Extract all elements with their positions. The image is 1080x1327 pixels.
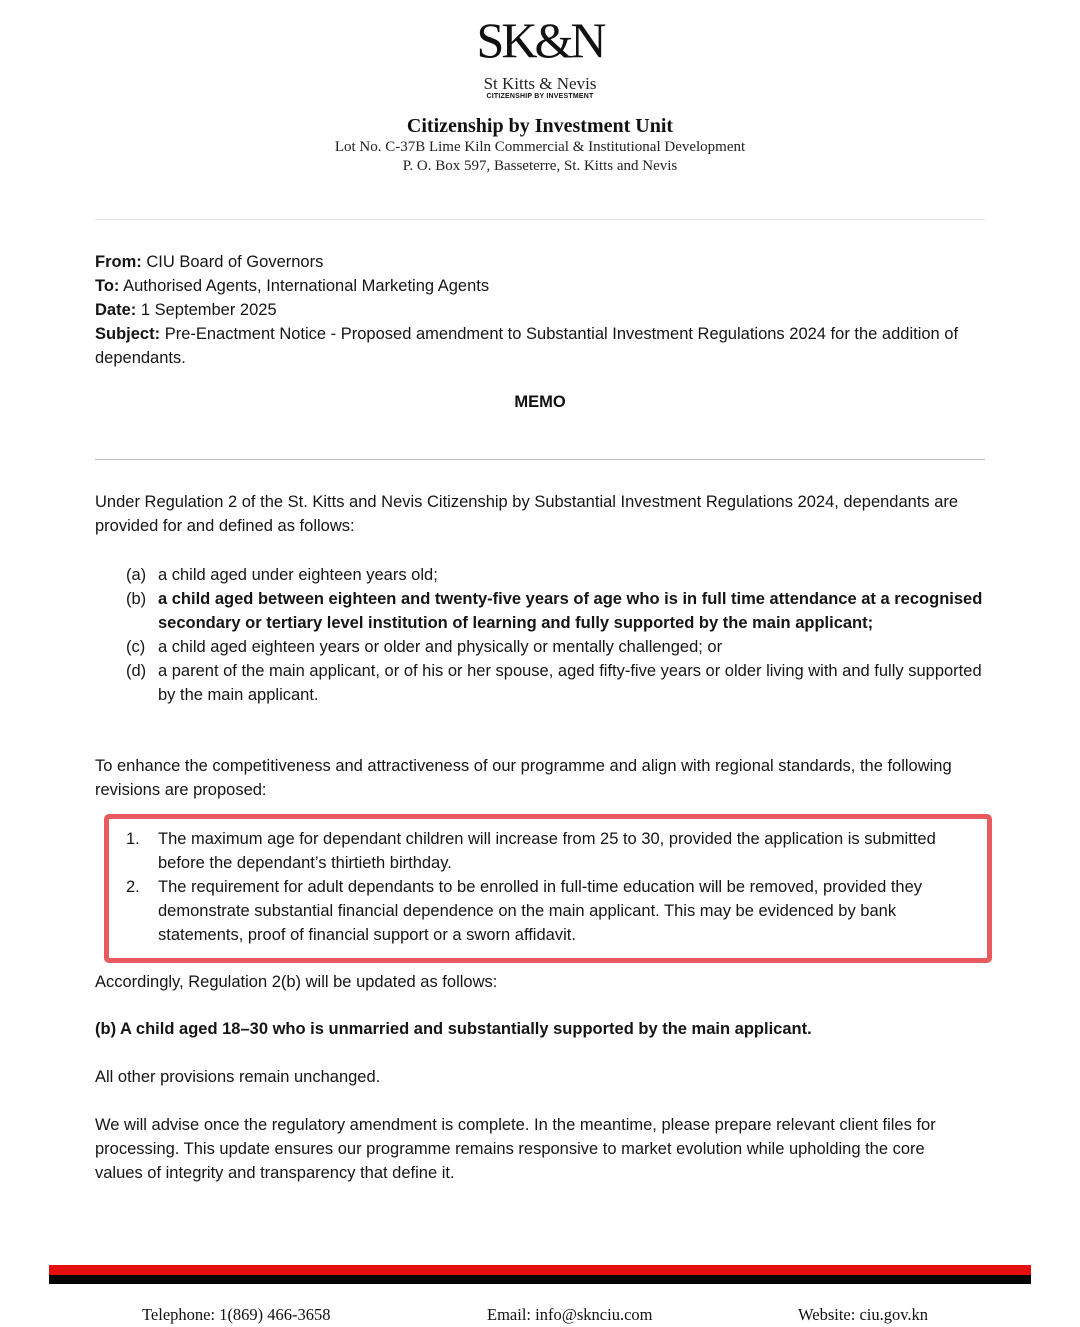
revisions-list: 1. The maximum age for dependant childre…: [126, 827, 976, 947]
definition-item: (c) a child aged eighteen years or older…: [126, 635, 986, 659]
date-label: Date:: [95, 301, 136, 319]
revision-item: 1. The maximum age for dependant childre…: [126, 827, 976, 875]
footer-email[interactable]: Email: info@sknciu.com: [487, 1305, 653, 1325]
subject-label: Subject:: [95, 325, 160, 343]
from-value: CIU Board of Governors: [146, 253, 323, 271]
revision-item: 2. The requirement for adult dependants …: [126, 875, 976, 947]
logo-tagline: CITIZENSHIP BY INVESTMENT: [0, 93, 1080, 100]
revision-text: The requirement for adult dependants to …: [158, 875, 976, 947]
definition-text: a child aged between eighteen and twenty…: [158, 587, 986, 635]
closing-paragraph: We will advise once the regulatory amend…: [95, 1113, 975, 1185]
subject-line: Subject: Pre-Enactment Notice - Proposed…: [95, 322, 975, 370]
definition-item: (d) a parent of the main applicant, or o…: [126, 659, 986, 707]
revision-number: 2.: [126, 875, 158, 947]
footer-telephone: Telephone: 1(869) 466-3658: [142, 1305, 331, 1325]
definition-item: (a) a child aged under eighteen years ol…: [126, 563, 986, 587]
revision-text: The maximum age for dependant children w…: [158, 827, 976, 875]
memo-divider: [95, 459, 985, 460]
to-line: To: Authorised Agents, International Mar…: [95, 274, 975, 298]
date-value: 1 September 2025: [141, 301, 277, 319]
subject-value: Pre-Enactment Notice - Proposed amendmen…: [95, 325, 958, 367]
definition-text: a child aged eighteen years or older and…: [158, 635, 722, 659]
definition-text: a parent of the main applicant, or of hi…: [158, 659, 986, 707]
definition-label: (a): [126, 563, 158, 587]
revision-number: 1.: [126, 827, 158, 875]
intro-paragraph: Under Regulation 2 of the St. Kitts and …: [95, 490, 975, 538]
to-value: Authorised Agents, International Marketi…: [123, 277, 489, 295]
header-divider: [95, 219, 985, 220]
from-label: From:: [95, 253, 142, 271]
definition-item: (b) a child aged between eighteen and tw…: [126, 587, 986, 635]
new-regulation: (b) A child aged 18–30 who is unmarried …: [95, 1017, 975, 1041]
to-label: To:: [95, 277, 119, 295]
definition-label: (c): [126, 635, 158, 659]
definitions-list: (a) a child aged under eighteen years ol…: [126, 563, 986, 707]
unit-title: Citizenship by Investment Unit: [0, 114, 1080, 138]
memo-meta: From: CIU Board of Governors To: Authori…: [95, 250, 975, 370]
all-other-paragraph: All other provisions remain unchanged.: [95, 1065, 975, 1089]
address-line-1: Lot No. C-37B Lime Kiln Commercial & Ins…: [0, 138, 1080, 156]
footer-band-red: [49, 1265, 1031, 1275]
memo-heading: MEMO: [0, 393, 1080, 412]
enhance-paragraph: To enhance the competitiveness and attra…: [95, 754, 975, 802]
address-line-2: P. O. Box 597, Basseterre, St. Kitts and…: [0, 157, 1080, 175]
logo-mark: SK&N: [0, 12, 1080, 68]
definition-label: (b): [126, 587, 158, 635]
definition-label: (d): [126, 659, 158, 707]
footer-website[interactable]: Website: ciu.gov.kn: [798, 1305, 928, 1325]
definition-text: a child aged under eighteen years old;: [158, 563, 438, 587]
accordingly-paragraph: Accordingly, Regulation 2(b) will be upd…: [95, 970, 975, 994]
from-line: From: CIU Board of Governors: [95, 250, 975, 274]
footer-band-black: [49, 1275, 1031, 1284]
date-line: Date: 1 September 2025: [95, 298, 975, 322]
logo-name: St Kitts & Nevis: [0, 74, 1080, 94]
